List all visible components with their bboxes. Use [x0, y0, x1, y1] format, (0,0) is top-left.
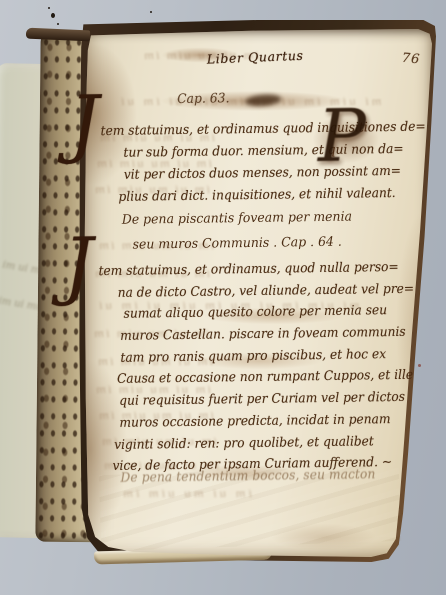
chapter63-line: Cap. 63.	[177, 91, 230, 107]
chapter63-smudge	[245, 93, 282, 107]
paragraph2: tem statuimus, et ordinamus, quod nulla …	[98, 257, 416, 478]
handwritten-text-layer: 76 Liber Quartus Cap. 63. J tem statuimu…	[0, 0, 446, 595]
running-title: Liber Quartus	[207, 48, 304, 67]
ink-blot-P: P	[317, 99, 366, 172]
photo-of-manuscript-book: im ui mu uim im im ui mu uim im mi uim i…	[0, 0, 446, 595]
chapter64-heading: De pena piscantis foveam per menia seu m…	[117, 205, 358, 258]
folio-number: 76	[401, 51, 421, 68]
faded-footer-line: De pena tendentium boccos, seu macton	[120, 467, 375, 486]
chapter64-heading-line2: seu muros Communis . Cap . 64 .	[117, 229, 357, 257]
chapter64-heading-line1: De pena piscantis foveam per menia	[117, 205, 357, 233]
initial-J-paragraph2: J	[63, 228, 94, 302]
initial-J-paragraph1: J	[69, 86, 100, 160]
paragraph1: tem statuimus, et ordinamus quod inquisi…	[100, 117, 426, 210]
